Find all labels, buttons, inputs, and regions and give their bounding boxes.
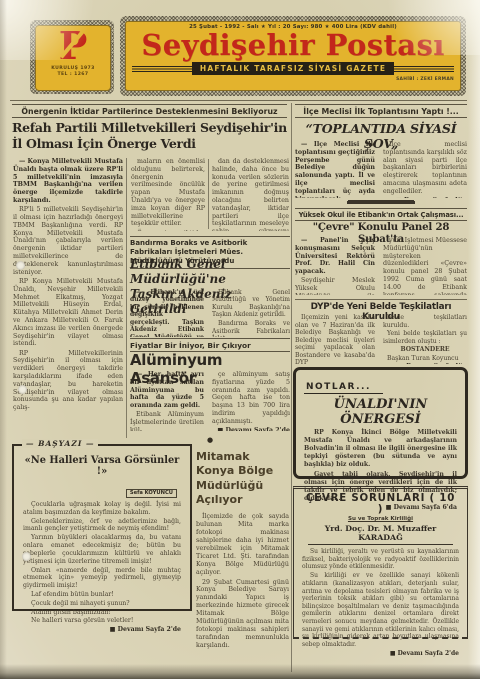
editorial-line: Atalım gitsin başımızdan! (23, 609, 181, 617)
mitamak-story-headline: Mitamak Konya Bölge Müdürlüğü Açılıyor (196, 450, 289, 507)
environment-column-headline: ÇEVRE SORUNLARI ( 10 ) (302, 493, 459, 515)
notes-column-box: NOTLAR... ÜNALDI'NIN ÖNERGESİ RP Konya İ… (293, 367, 468, 479)
environment-column-body: Su kirliliği, yeraltı ve yerüstü su kayn… (302, 548, 459, 658)
paper-subtitle: HAFTALIK TARAFSIZ SİYASİ GAZETE (192, 62, 394, 75)
panel-story-kicker: Yüksek Okul ile Etibank'ın Ortak Çalışma… (295, 208, 467, 221)
panel-story-column-1: — Panel'in açış konuşmasını Selçuk Ünive… (295, 237, 375, 295)
byline-name: Sefa KOYUNCU (126, 489, 177, 498)
section-bullet: ● (130, 436, 290, 444)
panel-paragraph: Seydişehir Meslek Yüksek Okulu Müdürlüğü… (295, 277, 375, 295)
aluminum-paragraph: çe alüminyum satış fiyatlarına yüzde 5 o… (212, 371, 290, 426)
lead-story-column-1: — Konya Milletvekili Mustafa Ünaldı başt… (13, 158, 123, 436)
editorial-paragraph: Geleneklerimize, örf ve adetlerimize bağ… (23, 518, 181, 534)
stripe-decoration-right (394, 65, 454, 72)
hole-punch (16, 261, 25, 270)
notes-column-headline: ÜNALDI'NIN ÖNERGESİ (304, 397, 457, 427)
panel-paragraph: yum İşletmesi Müessese Müdürlüğü'nün müş… (383, 237, 467, 295)
editorial-box: «Ne Halleri Varsa Görsünler !» Sefa KOYU… (12, 444, 192, 611)
panel-story-column-2: yum İşletmesi Müessese Müdürlüğü'nün müş… (383, 237, 467, 295)
continues-on-page-note: ■ Devamı Sayfa 2'de (23, 626, 181, 634)
masthead-divider-rule (10, 100, 467, 101)
dyp-paragraph: İlçemizin yeni kasaba olan ve 7 Haziran'… (295, 314, 375, 364)
lead-story-kicker: Önergenin İktidar Partilerince Desteklen… (12, 104, 287, 118)
subtitle-bar: HAFTALIK TARAFSIZ SİYASİ GAZETE (132, 62, 454, 75)
editorial-body: Çocuklarla uğraşmak kolay iş değil. İyis… (23, 501, 181, 634)
story-divider-bar (347, 201, 415, 204)
council-story-column-1: — İlçe Meclisi ilk toplantısını geçtiğim… (295, 141, 375, 198)
editorial-line: Çocuk değil mi nihayeti şunun? (23, 600, 181, 608)
etibank-story-column-1: — Etibank'ın üst düzey yönetiminde bir s… (130, 289, 204, 337)
environment-column-byline: Yrd. Doç. Dr. M. Muzaffer KARADAĞ (308, 524, 453, 545)
mitamak-paragraph: İlçemizde de çok sayıda bulunan Mita mar… (196, 513, 289, 576)
logo-tel-text: TEL : 1267 (57, 72, 88, 78)
etibank-paragraph: Bandırma Boraks ve Asitborik Fabrikaları… (212, 320, 290, 337)
dyp-paragraph: belde teşkilatları kuruldu. (383, 314, 467, 329)
lead-story-headline: Refah Partili Milletvekilleri Seydişehir… (12, 120, 290, 153)
aluminum-story-column-1: — Her hafta ayrı bir fiyattan satılan Al… (130, 371, 204, 431)
council-story-column-2: İlçe meclisi toplantısında karşılıklı sö… (383, 141, 467, 198)
continues-on-page-note: ■ Devamı Sayfa 4'te (383, 197, 467, 198)
hole-punch (22, 552, 31, 561)
lead-intro: — Konya Milletvekili Mustafa Ünaldı başt… (13, 158, 123, 205)
lead-paragraph: RP Milletvekillerinin Seydişehir'in il o… (13, 350, 123, 412)
editorial-paragraph: Onları «namerde değil, merde bile muhtaç… (23, 567, 181, 590)
mitamak-story: Mitamak Konya Bölge Müdürlüğü Açılıyor İ… (196, 450, 289, 672)
dyp-chairman-name: Başkan Turan Koyuncu (383, 355, 467, 363)
dyp-paragraph: Yeni belde teşkilatları şu isimlerden ol… (383, 330, 467, 345)
owner-line: SAHİBİ : ZEKİ ERMAN (396, 77, 454, 82)
council-story-kicker: İlçe Meclisi İlk Toplantısını Yaptı !... (295, 104, 467, 118)
etibank-paragraph: Etibank Genel Müdürlüğü ve Yönetim Kurul… (212, 289, 290, 319)
scan-corner-highlight (360, 0, 480, 55)
lead-headline-line2: İl Olması İçin Önerge Verdi (12, 136, 290, 152)
aluminum-paragraph: Etibank Alüminyum İşletmelerinde üretile… (130, 411, 204, 431)
lead-headline-line1: Refah Partili Milletvekilleri Seydişehir… (12, 120, 290, 136)
environment-column-box: ÇEVRE SORUNLARI ( 10 ) Su ve Toprak Kirl… (293, 486, 468, 639)
environment-column-subtitle: Su ve Toprak Kirliliği (302, 516, 459, 522)
column-rule (126, 158, 127, 438)
story-divider-rule (295, 299, 467, 300)
dyp-town-name: BOSTANDERE (383, 346, 467, 354)
continues-on-page-note: ■ Devamı Sayfa 2'de (212, 427, 290, 431)
column-rule (291, 103, 292, 672)
scanned-newspaper-page: P KURULUŞ 1973 TEL : 1267 25 Şubat - 199… (0, 0, 480, 679)
scan-edge-highlight (468, 0, 480, 679)
hole-punch (18, 385, 27, 394)
editorial-paragraph: Yarının büyükleri olacaklarmış da, bu va… (23, 534, 181, 565)
lead-story-column-3: dan da desteklenmesi halinde, daha önce … (212, 158, 289, 231)
lead-paragraph: maların en önemlisi olduğunu belirterek,… (131, 158, 205, 228)
stripe-decoration-left (132, 65, 192, 72)
mitamak-story-body: İlçemizde de çok sayıda bulunan Mita mar… (196, 513, 289, 650)
editorial-line: Ne halleri varsa görsün veletler! (23, 617, 181, 625)
council-intro: — İlçe Meclisi ilk toplantısını geçtiğim… (295, 141, 375, 198)
dyp-story-column-1: İlçemizin yeni kasaba olan ve 7 Haziran'… (295, 314, 375, 364)
scan-edge-shadow (0, 0, 7, 679)
editorial-headline: «Ne Halleri Varsa Görsünler !» (23, 455, 181, 477)
notes-column-label: NOTLAR... (304, 382, 383, 394)
scan-bottom-shadow (0, 664, 480, 679)
etibank-headline-line1: Etibank Genel Müdürlüğü'ne (130, 257, 290, 287)
editorial-paragraph: Çocuklarla uğraşmak kolay iş değil. İyis… (23, 501, 181, 517)
notes-paragraph: RP Konya İkinci Bölge Milletvekili Musta… (304, 429, 457, 469)
aluminum-story-column-2: çe alüminyum satış fiyatlarına yüzde 5 o… (212, 371, 290, 431)
aluminum-intro: — Her hafta ayrı bir fiyattan satılan Al… (130, 371, 204, 410)
editorial-byline: Sefa KOYUNCU (27, 479, 177, 498)
column-rule (208, 159, 209, 229)
council-paragraph: İlçe meclisi toplantısında karşılıklı sö… (383, 141, 467, 196)
editorial-line: Laf efendim bütün bunlar! (23, 591, 181, 599)
scan-corner-highlight (0, 0, 120, 60)
lead-paragraph: dan da desteklenmesi halinde, daha önce … (212, 158, 289, 231)
lead-story-column-2: maların en önemlisi olduğunu belirterek,… (131, 158, 205, 231)
etibank-story-column-2: Etibank Genel Müdürlüğü ve Yönetim Kurul… (212, 289, 290, 337)
mitamak-paragraph: 29 Şubat Cumartesi günü Konya Belediye S… (196, 579, 289, 650)
lead-paragraph: RP'li 5 milletvekili Seydişehir'in il ol… (13, 206, 123, 276)
environment-paragraph: Su kirliliği, yeraltı ve yerüstü su kayn… (302, 548, 459, 571)
lead-paragraph: Önergenin iktidar partileri milletvekill… (131, 230, 205, 231)
etibank-intro: — Etibank'ın üst düzey yönetiminde bir s… (130, 289, 204, 337)
continues-on-page-note: ■ Devamı Sayfa 2'de (302, 650, 459, 658)
lead-paragraph: RP Konya Milletvekili Mustafa Ünaldı, Ne… (13, 278, 123, 348)
environment-paragraph: Su kirliliği ev ve özellikle sanayi köke… (302, 572, 459, 648)
panel-intro: — Panel'in açış konuşmasını Selçuk Ünive… (295, 237, 375, 276)
editorial-label: — BAŞYAZI — (22, 439, 98, 448)
continues-on-page-note: ■ Devamı Sayfa 4'te (383, 363, 467, 364)
dyp-story-column-2: belde teşkilatları kuruldu. Yeni belde t… (383, 314, 467, 364)
aluminum-story-kicker: Fiyatlar Bir İniyor, Bir Çıkıyor (130, 338, 290, 352)
